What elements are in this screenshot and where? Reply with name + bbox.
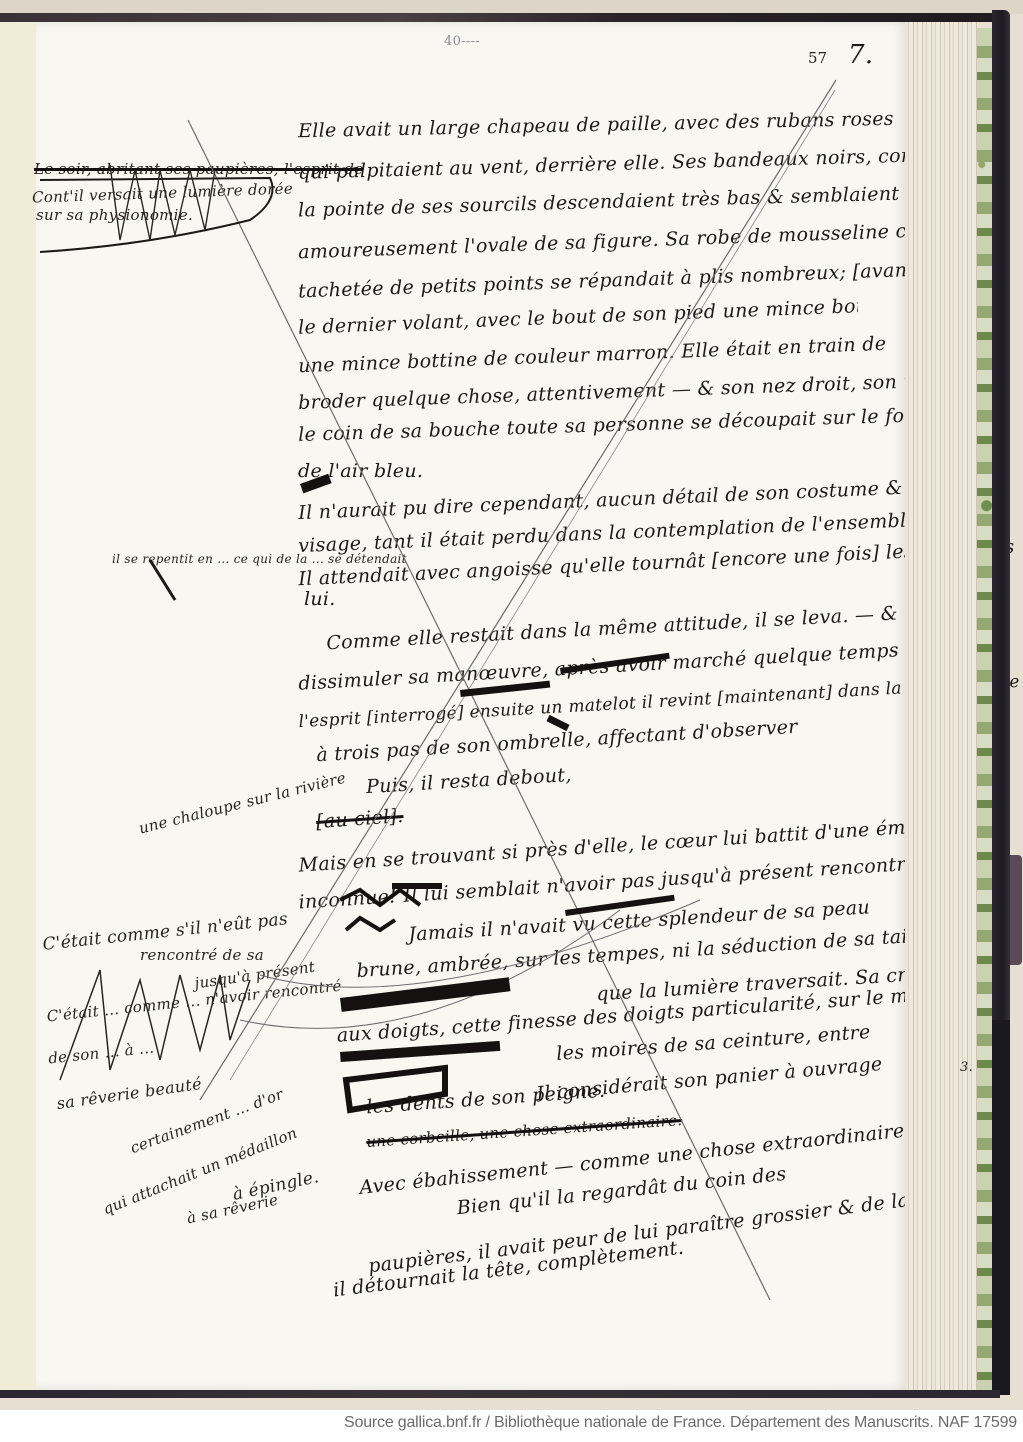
text-line: de l'air bleu. xyxy=(298,460,423,482)
binding-top-edge xyxy=(0,13,1000,22)
manuscript-page: 40---- 57 7. Elle avait un large chapeau… xyxy=(36,22,908,1390)
text-line: le dernier volant, avec le bout de son p… xyxy=(298,295,858,338)
pencil-folio: 40---- xyxy=(444,34,480,49)
margin-note: Le soir, abritant ses paupières, l'espri… xyxy=(34,160,363,178)
background-strip xyxy=(0,0,1023,14)
margin-note: sa rêverie beauté xyxy=(55,1074,203,1113)
struck-text: une corbeille, une chose extraordinaire. xyxy=(366,1111,683,1151)
text-line: une mince bottine de couleur marron. Ell… xyxy=(298,333,887,378)
margin-note: de son ... à ... xyxy=(47,1038,155,1067)
margin-note: sur sa physionomie. xyxy=(36,206,193,224)
binding-tab xyxy=(1010,855,1022,965)
struck-text: [au ciel]. xyxy=(315,805,404,833)
text-line: Puis, il resta debout, xyxy=(366,764,573,798)
text-line: lui. xyxy=(304,588,336,610)
margin-note: Cont'il versait une lumière dorée xyxy=(32,179,294,206)
top-right-mark: 7. xyxy=(848,40,873,70)
text-line: les dents de son peigne. xyxy=(366,1080,606,1119)
text-line: Elle avait un large chapeau de paille, a… xyxy=(298,108,894,142)
margin-note: rencontré de sa xyxy=(140,946,264,964)
marbled-endpaper xyxy=(977,28,993,1393)
source-caption: Source gallica.bnf.fr / Bibliothèque nat… xyxy=(344,1414,1017,1432)
binding-right-edge xyxy=(992,10,1010,1395)
edge-mark: 3. xyxy=(960,1060,973,1075)
manuscript-scan: 40---- 57 7. Elle avait un large chapeau… xyxy=(0,0,1023,1410)
binding-bottom-edge xyxy=(0,1390,1000,1398)
text-line: amoureusement l'ovale de sa figure. Sa r… xyxy=(298,219,952,264)
text-line: qui palpitaient au vent, derrière elle. … xyxy=(298,142,1000,184)
page-edges xyxy=(905,22,979,1392)
inner-leaf-edge xyxy=(0,22,36,1390)
page-number: 57 xyxy=(808,49,827,67)
text-line: la pointe de ses sourcils descendaient t… xyxy=(298,180,980,221)
margin-note: il se repentit en ... ce qui de la ... s… xyxy=(112,552,407,566)
